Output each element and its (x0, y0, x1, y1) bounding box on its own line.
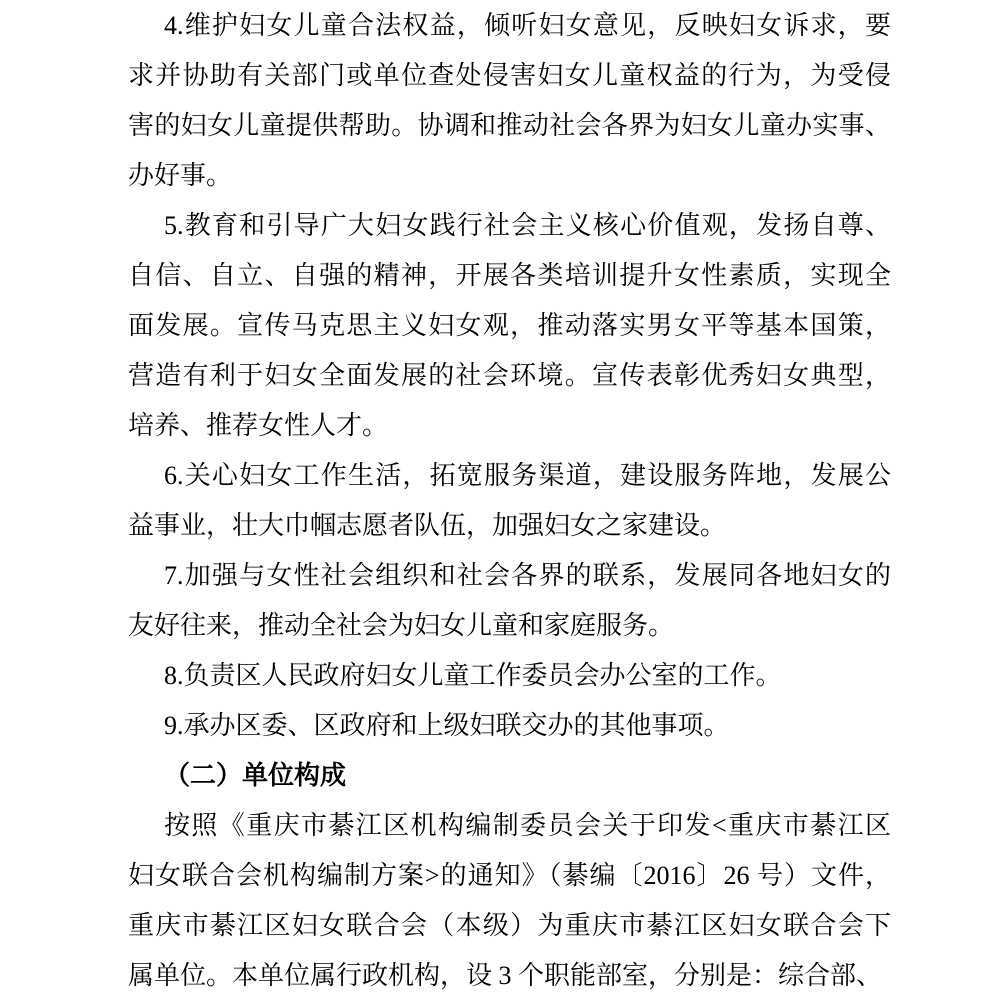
text-line: 7.加强与女性社会组织和社会各界的联系，发展同各地妇女的 (128, 551, 891, 601)
text-line: 自信、自立、自强的精神，开展各类培训提升女性素质，实现全 (128, 251, 891, 301)
text-line: 5.教育和引导广大妇女践行社会主义核心价值观，发扬自尊、 (128, 201, 891, 251)
document-body: 4.维护妇女儿童合法权益，倾听妇女意见，反映妇女诉求，要求并协助有关部门或单位查… (128, 1, 891, 1001)
duty-item-8: 8.负责区人民政府妇女儿童工作委员会办公室的工作。 (128, 651, 891, 701)
duty-item-6: 6.关心妇女工作生活，拓宽服务渠道，建设服务阵地，发展公益事业，壮大巾帼志愿者队… (128, 451, 891, 551)
text-line: 友好往来，推动全社会为妇女儿童和家庭服务。 (128, 601, 891, 651)
text-line: 求并协助有关部门或单位查处侵害妇女儿童权益的行为，为受侵 (128, 51, 891, 101)
text-line: 按照《重庆市綦江区机构编制委员会关于印发<重庆市綦江区 (128, 801, 891, 851)
text-line: 8.负责区人民政府妇女儿童工作委员会办公室的工作。 (128, 651, 891, 701)
text-line: 重庆市綦江区妇女联合会（本级）为重庆市綦江区妇女联合会下 (128, 901, 891, 951)
text-line: 面发展。宣传马克思主义妇女观，推动落实男女平等基本国策， (128, 301, 891, 351)
text-line: 害的妇女儿童提供帮助。协调和推动社会各界为妇女儿童办实事、 (128, 101, 891, 151)
text-line: 办好事。 (128, 151, 891, 201)
text-line: （二）单位构成 (128, 751, 891, 801)
text-line: 益事业，壮大巾帼志愿者队伍，加强妇女之家建设。 (128, 501, 891, 551)
document-page: 4.维护妇女儿童合法权益，倾听妇女意见，反映妇女诉求，要求并协助有关部门或单位查… (0, 0, 1000, 1003)
duty-item-9: 9.承办区委、区政府和上级妇联交办的其他事项。 (128, 701, 891, 751)
text-line: 培养、推荐女性人才。 (128, 401, 891, 451)
text-line: 妇女联合会机构编制方案>的通知》（綦编〔2016〕26 号）文件， (128, 851, 891, 901)
duty-item-4: 4.维护妇女儿童合法权益，倾听妇女意见，反映妇女诉求，要求并协助有关部门或单位查… (128, 1, 891, 201)
duty-item-5: 5.教育和引导广大妇女践行社会主义核心价值观，发扬自尊、自信、自立、自强的精神，… (128, 201, 891, 451)
text-line: 6.关心妇女工作生活，拓宽服务渠道，建设服务阵地，发展公 (128, 451, 891, 501)
unit-composition-paragraph: 按照《重庆市綦江区机构编制委员会关于印发<重庆市綦江区妇女联合会机构编制方案>的… (128, 801, 891, 1001)
section-heading-unit-composition: （二）单位构成 (128, 751, 891, 801)
text-line: 9.承办区委、区政府和上级妇联交办的其他事项。 (128, 701, 891, 751)
text-line: 营造有利于妇女全面发展的社会环境。宣传表彰优秀妇女典型， (128, 351, 891, 401)
duty-item-7: 7.加强与女性社会组织和社会各界的联系，发展同各地妇女的友好往来，推动全社会为妇… (128, 551, 891, 651)
text-line: 4.维护妇女儿童合法权益，倾听妇女意见，反映妇女诉求，要 (128, 1, 891, 51)
text-line: 属单位。本单位属行政机构，设 3 个职能部室，分别是：综合部、 (128, 951, 891, 1001)
